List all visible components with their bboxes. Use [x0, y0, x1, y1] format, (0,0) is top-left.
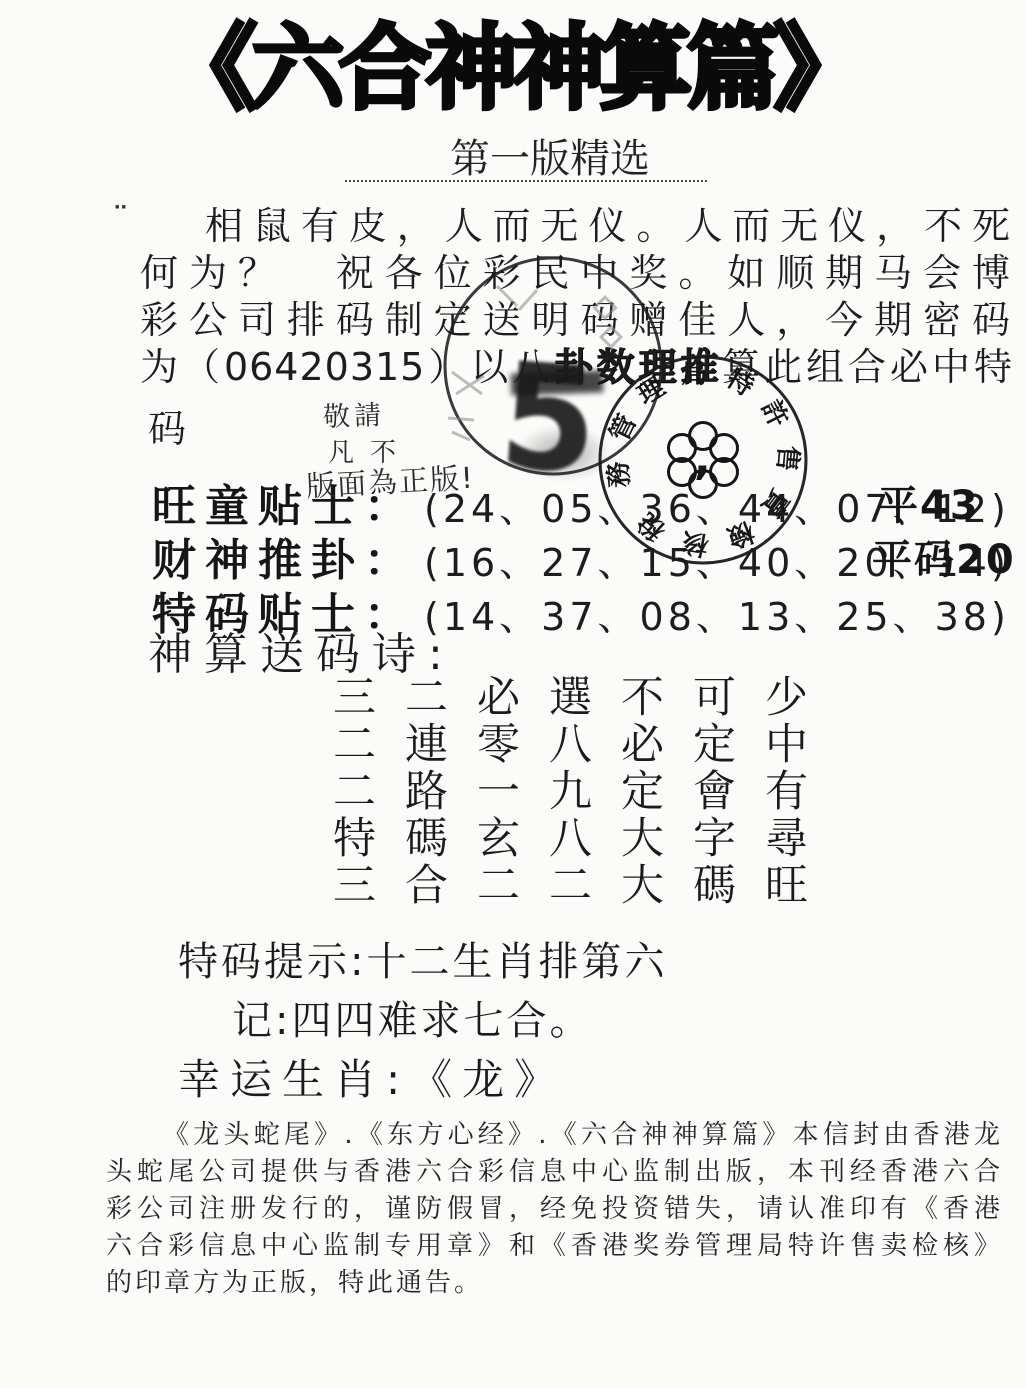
- memo-hint: 记:四四难求七合。: [232, 989, 592, 1046]
- footer-line-1: 《龙头蛇尾》.《东方心经》.《六合神神算篇》本信封由香港龙: [163, 1121, 1003, 1151]
- page-subtitle: 第一版精选: [450, 127, 650, 184]
- notice-stamp-line-1: 敬請: [322, 393, 385, 434]
- ink-smudge-blob: [514, 424, 612, 482]
- special-number-hint: 特码提示:十二生肖排第六: [178, 930, 667, 987]
- subtitle-dotted-underline: [345, 180, 707, 182]
- page-title: 《六合神神算篇》: [0, 16, 1026, 122]
- intro-line-5: 码: [148, 409, 208, 450]
- stray-quote-dots: ¨: [112, 200, 129, 240]
- tip-row-1-note: 平43: [878, 474, 980, 531]
- footer-line-5: 的印章方为正版，特此通告。: [106, 1269, 1003, 1299]
- intro-line-2: 何为？ 祝各位彩民中奖。如顺期马会博: [140, 253, 1011, 294]
- poem-line-5: 三合二二大碼旺: [333, 852, 837, 913]
- tip-row-2-note: 平码20: [872, 528, 1016, 585]
- lucky-zodiac: 幸运生肖:《龙》: [178, 1047, 566, 1107]
- tip-row-3-numbers: (14、37、08、13、25、38): [424, 586, 1010, 641]
- footer-line-2: 头蛇尾公司提供与香港六合彩信息中心监制出版，本刊经香港六合: [106, 1158, 1003, 1188]
- intro-line-4-pre: 为（06420315）以八: [140, 345, 554, 389]
- footer-line-4: 六合彩信息中心监制专用章》和《香港奖券管理局特许售卖检核》: [106, 1232, 1003, 1262]
- intro-line-1: 相鼠有皮，人而无仪。人而无仪，不死: [205, 206, 1011, 247]
- ink-smudge-bar: [511, 370, 604, 395]
- intro-line-4-post: 算此组合必中特: [722, 345, 1013, 389]
- scanned-lottery-leaflet: { "header": { "title": "《六合神神算篇》", "subt…: [0, 0, 1026, 1388]
- footer-line-3: 彩公司注册发行的，谨防假冒，经免投资错失，请认准印有《香港: [106, 1195, 1003, 1225]
